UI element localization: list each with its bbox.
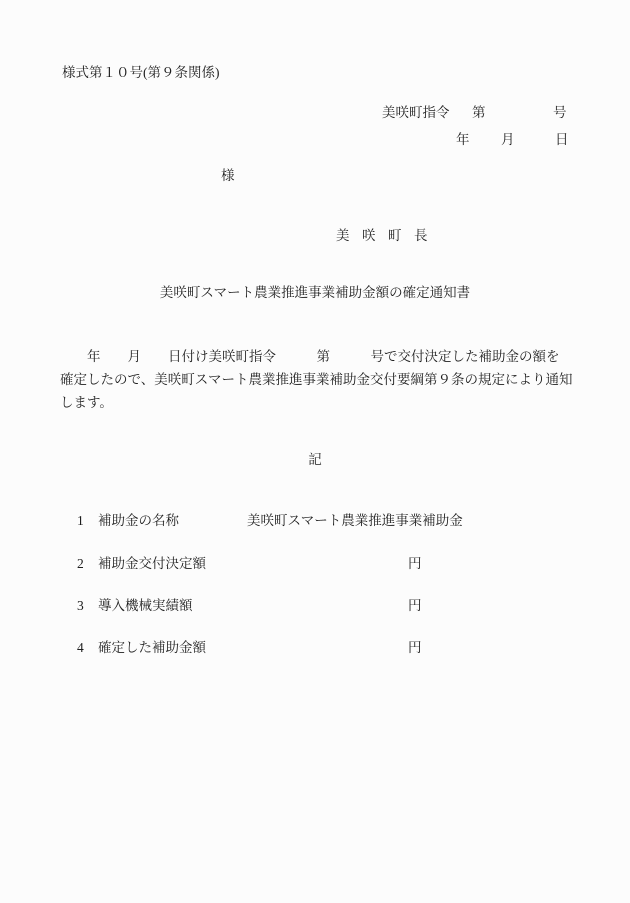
item-row: 3 導入機械実績額 円 (0, 597, 630, 617)
document-page: 様式第１０号(第９条関係) 美咲町指令 第 号 年 月 日 様 美咲町長 美咲町… (0, 0, 630, 903)
item-row: 4 確定した補助金額 円 (0, 639, 630, 659)
date-day-label: 日 (555, 131, 569, 149)
item-unit-yen: 円 (408, 555, 422, 573)
form-number: 様式第１０号(第９条関係) (62, 64, 220, 82)
directive-label: 美咲町指令 (382, 104, 450, 122)
date-month-label: 月 (501, 131, 515, 149)
body-line-2: 確定したので、美咲町スマート農業推進事業補助金交付要綱第９条の規定により通知 (60, 371, 572, 389)
item-label: 補助金の名称 (98, 512, 179, 530)
date-year-label: 年 (456, 131, 470, 149)
item-number: 1 (77, 512, 84, 530)
item-label: 導入機械実績額 (98, 597, 193, 615)
item-label: 補助金交付決定額 (98, 555, 206, 573)
item-number: 4 (77, 639, 84, 657)
item-unit-yen: 円 (408, 597, 422, 615)
item-number: 2 (77, 555, 84, 573)
directive-number-suffix: 号 (553, 104, 567, 122)
item-row: 1 補助金の名称 美咲町スマート農業推進事業補助金 (0, 512, 630, 532)
item-unit-yen: 円 (408, 639, 422, 657)
addressee-honorific: 様 (221, 167, 235, 185)
issuer-name: 美咲町長 (336, 227, 440, 245)
ki-marker: 記 (0, 451, 630, 469)
item-label: 確定した補助金額 (98, 639, 206, 657)
body-line-3: します。 (60, 394, 113, 412)
item-row: 2 補助金交付決定額 円 (0, 555, 630, 575)
body-line-1: 年 月 日付け美咲町指令 第 号で交付決定した補助金の額を (60, 348, 560, 366)
item-value: 美咲町スマート農業推進事業補助金 (247, 512, 463, 530)
document-title: 美咲町スマート農業推進事業補助金額の確定通知書 (0, 284, 630, 302)
directive-number-prefix: 第 (472, 104, 486, 122)
item-number: 3 (77, 597, 84, 615)
